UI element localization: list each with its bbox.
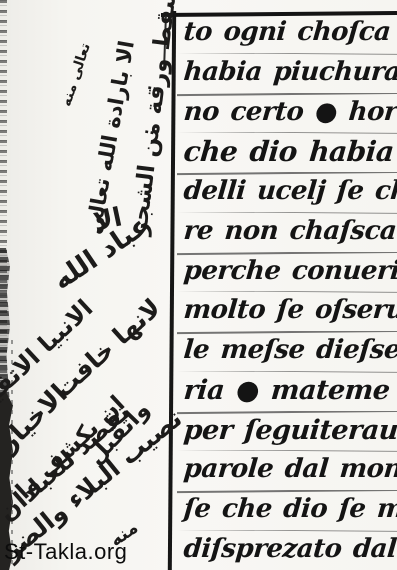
manuscript-text-column: to ogni choſca ● ſi tru habia piuchura d…: [177, 13, 397, 570]
manuscript-line-text: parole dal mondo m: [177, 450, 397, 489]
manuscript-line: ria ● mateme dieſs: [177, 371, 397, 411]
manuscript-line-text: che dio habia da aba: [177, 132, 397, 171]
manuscript-line-text: re non chaſsca ſem: [177, 212, 397, 251]
manuscript-line-text: molto ſe oſseruarete: [177, 291, 397, 330]
manuscript-line-text: perche conuerita u: [177, 252, 397, 291]
manuscript-line-text: no certo ● hora qua: [177, 93, 397, 132]
manuscript-line-text: to ogni choſca ● ſi tru: [177, 13, 397, 52]
manuscript-line-text: delli ucelj ſe che dich: [177, 172, 397, 211]
manuscript-line: perche conuerita u: [177, 252, 397, 292]
manuscript-page: to ogni choſca ● ſi tru habia piuchura d…: [0, 0, 397, 570]
manuscript-line-text: habia piuchura delle: [177, 53, 397, 92]
manuscript-line: parole dal mondo m: [177, 450, 397, 490]
manuscript-line: habia piuchura delle: [177, 53, 397, 93]
manuscript-line-text: diſsprezato dal mon: [177, 530, 397, 569]
manuscript-line: molto ſe oſseruarete: [177, 291, 397, 331]
manuscript-line-text: ſe che dio ſe magior: [177, 490, 397, 529]
manuscript-line: ſe che dio ſe magior: [177, 490, 397, 530]
arabic-note-vertical-small: تعالى منه: [58, 41, 93, 108]
manuscript-line: re non chaſsca ſem: [177, 212, 397, 252]
manuscript-line: che dio habia da aba: [177, 132, 397, 172]
manuscript-line: diſsprezato dal mon: [177, 530, 397, 570]
manuscript-line: no certo ● hora qua: [177, 93, 397, 133]
manuscript-line-text: le meſse dieſsere ſc: [177, 331, 397, 370]
manuscript-line: delli ucelj ſe che dich: [177, 172, 397, 212]
manuscript-line: per ſeguiteraui ● ſe: [177, 411, 397, 451]
manuscript-line-text: ria ● mateme dieſs: [177, 371, 397, 410]
manuscript-line-text: per ſeguiteraui ● ſe: [177, 411, 397, 450]
manuscript-line: le meſse dieſsere ſc: [177, 331, 397, 371]
manuscript-line: to ogni choſca ● ſi tru: [177, 13, 397, 53]
watermark: St-Takla.org: [4, 539, 127, 565]
